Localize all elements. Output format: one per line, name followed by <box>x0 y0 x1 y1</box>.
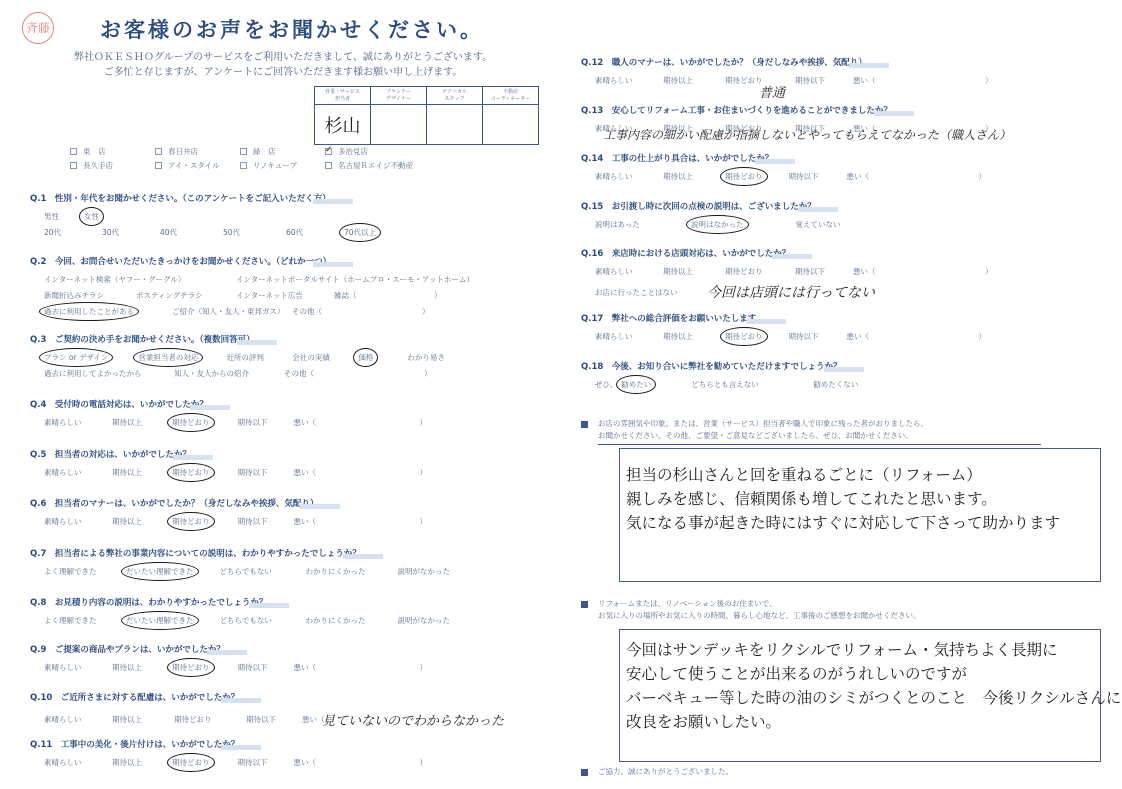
page-title: お客様のお声をお聞かせください。 <box>100 14 484 44</box>
option[interactable]: わかり易さ <box>407 352 445 363</box>
option-selected[interactable]: 期待どおり <box>172 757 210 768</box>
question-title: Q.9 ご提案の商品やプランは、いかがでしたか？ <box>30 643 247 655</box>
intro-line-2: ご多忙と存じますが、アンケートにご回答いただきます様お願い申し上げます。 <box>48 65 518 80</box>
option-row: 素晴らしい 期待以上 期待どおり 期待以下 悪い（ ） <box>595 266 993 277</box>
option[interactable]: 悪い（ <box>853 75 985 86</box>
option-row: 男性 女性 <box>44 211 376 222</box>
handwritten-line: バーベキュー等した時の油のシミがつくとのこと 今後リクシルさんにも <box>620 686 1100 710</box>
question-q11: Q.11 工事中の美化・後片付けは、いかがでしたか？ 素晴らしい 期待以上 期待… <box>30 732 427 768</box>
store-option[interactable]: リノキューブ <box>240 160 325 171</box>
option-row: 素晴らしい 期待以上 期待どおり 期待以下 悪い（ ） <box>44 662 427 673</box>
option[interactable]: 悪い（ <box>294 417 420 428</box>
question-q16: Q.16 来店時における店頭対応は、いかがでしたか？ 素晴らしい 期待以上 期待… <box>581 241 993 302</box>
store-option[interactable]: 名古屋Ｒエイジ不動産 <box>325 160 445 171</box>
handwritten-line: 気になる事が起きた時にはすぐに対応して下さって助かります <box>620 511 1100 535</box>
option[interactable]: 期待どおり <box>725 266 795 277</box>
question-title: Q.1 性別・年代をお聞かせください。（このアンケートをご記入いただく方） <box>30 192 353 204</box>
option-row: 過去に利用してよかったから 知人・友人からの紹介 その他（ ） <box>44 368 445 379</box>
option[interactable]: わかりにくかった <box>306 615 398 626</box>
question-title: Q.7 担当者による弊社の事業内容についての説明は、わかりやすかったでしょうか？ <box>30 547 383 559</box>
store-row-2: 長久手店 アイ・スタイル リノキューブ 名古屋Ｒエイジ不動産 <box>70 160 445 171</box>
checkbox-icon[interactable] <box>70 148 77 155</box>
option-row: 素晴らしい 期待以上 期待どおり 期待以下 悪い（ ） <box>44 417 427 428</box>
square-bullet-icon <box>581 421 588 428</box>
paren-close: ） <box>985 75 993 86</box>
survey-page-left: 斉藤 お客様のお声をお聞かせください。 弊社ＯＫＥＳＨＯグループのサービスをご利… <box>0 0 561 789</box>
question-q7: Q.7 担当者による弊社の事業内容についての説明は、わかりやすかったでしょうか？… <box>30 541 450 577</box>
intro-line-1: 弊社ＯＫＥＳＨＯグループのサービスをご利用いただきまして、誠にありがとうございま… <box>48 50 518 65</box>
question-q12: Q.12 職人のマナーは、いかがでしたか？（身だしなみや挨拶、気配り） 素晴らし… <box>581 50 993 86</box>
paren-close: ） <box>420 516 428 527</box>
question-q14: Q.14 工事の仕上がり具合は、いかがでしたか？ 素晴らしい 期待以上 期待どお… <box>581 146 986 182</box>
staff-value-technical[interactable] <box>427 105 483 145</box>
option[interactable]: 期待以下 <box>238 516 294 527</box>
option[interactable]: 知人・友人からの紹介 <box>174 368 284 379</box>
option-row: 新聞折込みチラシ ポスティングチラシ インターネット広告 雑誌（ ） <box>44 290 474 301</box>
option[interactable]: お店に行ったことはない <box>595 287 707 298</box>
option-row: 素晴らしい 期待以上 期待どおり 期待以下 悪い（ ） <box>44 516 427 527</box>
store-option[interactable]: 東 店 <box>70 146 155 157</box>
option[interactable]: 60代 <box>286 227 344 238</box>
option-row: 20代 30代 40代 50代 60代 70代以上 <box>44 227 376 238</box>
option-selected[interactable]: だいたい理解できた <box>126 566 194 577</box>
question-title: Q.14 工事の仕上がり具合は、いかがでしたか？ <box>581 152 795 164</box>
question-q9: Q.9 ご提案の商品やプランは、いかがでしたか？ 素晴らしい 期待以上 期待どお… <box>30 637 427 673</box>
option[interactable]: 素晴らしい <box>595 331 663 342</box>
question-q8: Q.8 お見積り内容の説明は、わかりやすかったでしょうか？ よく理解できた だい… <box>30 590 450 626</box>
handwritten-line: 担当の杉山さんと回を重ねるごとに（リフォーム） <box>620 463 1100 487</box>
option[interactable]: よく理解できた <box>44 566 126 577</box>
option[interactable]: わかりにくかった <box>306 566 398 577</box>
option[interactable]: 期待以上 <box>112 417 172 428</box>
option[interactable]: 50代 <box>223 227 286 238</box>
option-row: 素晴らしい 期待以上 期待どおり 期待以下 悪い（ 見ていないのでわからなかった <box>44 710 504 729</box>
option-row: 素晴らしい 期待以上 期待どおり 期待以下 悪い（ ） <box>595 75 993 86</box>
checkbox-icon[interactable] <box>240 162 247 169</box>
option-selected[interactable]: 営業担当者の対応 <box>138 352 198 363</box>
staff-header-realestate: 不動産 コーディネーター <box>483 87 539 105</box>
option[interactable]: 会社の実績 <box>292 352 358 363</box>
staff-value-sales[interactable]: 杉山 <box>315 105 371 145</box>
option[interactable]: 期待どおり <box>174 714 246 725</box>
option[interactable]: 素晴らしい <box>44 714 112 725</box>
question-q18: Q.18 今後、お知り合いに弊社を勧めていただけますでしょうか？ ぜひ、 勧めた… <box>581 354 864 390</box>
paren-close: ） <box>979 171 987 182</box>
checkbox-icon[interactable] <box>325 162 332 169</box>
question-title: Q.13 安心してリフォーム工事・お住まいづくりを進めることができましたか？ <box>581 104 914 116</box>
option[interactable]: 期待以上 <box>112 714 174 725</box>
option-row: 素晴らしい 期待以上 期待どおり 期待以下 悪い（ ） <box>595 331 986 342</box>
option[interactable]: 素晴らしい <box>44 467 112 478</box>
question-title: Q.12 職人のマナーは、いかがでしたか？（身だしなみや挨拶、気配り） <box>581 56 889 68</box>
handwritten-answer-q13: 工事内容の細かい配慮が指摘しないとやってもらえてなかった（職人さん） <box>603 126 1011 143</box>
intro-text: 弊社ＯＫＥＳＨＯグループのサービスをご利用いただきまして、誠にありがとうございま… <box>48 50 518 80</box>
option[interactable]: 説明はあった <box>595 219 691 230</box>
comments-box-2[interactable]: 今回はサンデッキをリクシルでリフォーム・気持ちよく長期に 安心して使うことが出来… <box>619 629 1101 762</box>
option[interactable]: 勧めたくない <box>813 379 858 390</box>
option[interactable]: 男性 <box>44 211 84 222</box>
question-title: Q.6 担当者のマナーは、いかがでしたか？（身だしなみや挨拶、気配り） <box>30 497 340 509</box>
option[interactable]: インターネット広告 <box>236 290 334 301</box>
option[interactable]: その他（ <box>284 368 424 379</box>
option[interactable]: どちらとも言えない <box>691 379 813 390</box>
option[interactable]: どちらでもない <box>220 566 306 577</box>
paren-close: ） <box>434 290 442 301</box>
option[interactable]: 期待以下 <box>238 467 294 478</box>
option[interactable]: 期待以下 <box>238 662 294 673</box>
checkbox-checked-icon[interactable] <box>325 148 332 155</box>
checkbox-icon[interactable] <box>70 162 77 169</box>
question-title: Q.5 担当者の対応は、いかがでしたか？ <box>30 448 213 460</box>
option-selected[interactable]: 期待どおり <box>725 331 763 342</box>
option[interactable]: 期待以下 <box>795 75 853 86</box>
option-row: インターネット検索（ヤフー・グーグル） インターネットポータルサイト（ホームプロ… <box>44 274 474 285</box>
paren-close: ） <box>420 757 428 768</box>
question-q15: Q.15 お引渡し時に次回の点検の説明は、ございましたか？ 説明はあった 説明は… <box>581 194 841 230</box>
option-selected[interactable]: だいたい理解できた <box>126 615 194 626</box>
footer-thanks: ご協力、誠にありがとうございました。 <box>581 766 733 778</box>
option[interactable]: 40代 <box>160 227 223 238</box>
option[interactable]: 素晴らしい <box>595 75 663 86</box>
store-option[interactable]: 長久手店 <box>70 160 155 171</box>
comments-box-1[interactable]: 担当の杉山さんと回を重ねるごとに（リフォーム） 親しみを感じ、信頼関係も増してこ… <box>619 448 1101 582</box>
option-selected[interactable]: 期待どおり <box>725 171 763 182</box>
option[interactable]: 期待以上 <box>112 516 172 527</box>
option-selected[interactable]: 過去に利用したことがある <box>44 306 134 317</box>
option-selected[interactable]: 女性 <box>84 211 99 222</box>
option[interactable]: 悪い（ <box>294 757 420 768</box>
store-option[interactable]: アイ・スタイル <box>155 160 240 171</box>
option-row: ぜひ、 勧めたい どちらとも言えない 勧めたくない <box>595 379 864 390</box>
question-title: Q.16 来店時における店頭対応は、いかがでしたか？ <box>581 247 812 259</box>
option[interactable]: 覚えていない <box>796 219 841 230</box>
option[interactable]: 期待以下 <box>789 171 847 182</box>
option-row: 素晴らしい 期待以上 期待どおり 期待以下 悪い（ ） <box>44 467 427 478</box>
option[interactable]: ポスティングチラシ <box>136 290 236 301</box>
option[interactable]: ご紹介（知人・友人・東邦ガス） <box>172 306 292 317</box>
option[interactable]: 素晴らしい <box>44 417 112 428</box>
handwritten-line: 親しみを感じ、信頼関係も増してこれたと思います。 <box>620 487 1100 511</box>
question-title: Q.8 お見積り内容の説明は、わかりやすかったでしょうか？ <box>30 596 289 608</box>
option-row: 素晴らしい 期待以上 期待どおり 期待以下 悪い（ ） <box>595 171 986 182</box>
option-selected[interactable]: 勧めたい <box>621 379 651 390</box>
store-option[interactable]: 多治見店 <box>325 146 445 157</box>
paren-close: ） <box>979 331 987 342</box>
option[interactable]: インターネット検索（ヤフー・グーグル） <box>44 274 236 285</box>
option[interactable]: 期待以上 <box>663 266 725 277</box>
option[interactable]: インターネットポータルサイト（ホームプロ・スーモ・アットホーム） <box>236 274 474 285</box>
option[interactable]: 悪い（ <box>302 714 318 725</box>
question-title: Q.10 ご近所さまに対する配慮は、いかがでしたか？ <box>30 691 261 703</box>
seal-stamp: 斉藤 <box>22 12 54 44</box>
option[interactable]: よく理解できた <box>44 615 126 626</box>
paren-close: ） <box>420 417 428 428</box>
option[interactable]: 期待以上 <box>663 75 725 86</box>
divider <box>598 444 1041 446</box>
option-row: 素晴らしい 期待以上 期待どおり 期待以下 悪い（ ） <box>44 757 427 768</box>
square-bullet-icon <box>581 601 588 608</box>
option[interactable]: 悪い（ <box>853 266 985 277</box>
option-row: プラン or デザイン 営業担当者の対応 近所の評判 会社の実績 価格 わかり易… <box>44 352 445 363</box>
store-row-1: 東 店 春日井店 緑 店 多治見店 <box>70 146 445 157</box>
staff-header-planner: プランナー デザイナー <box>371 87 427 105</box>
option[interactable]: その他（ <box>292 306 422 317</box>
option[interactable]: 新聞折込みチラシ <box>44 290 136 301</box>
option-row: 説明はあった 説明はなかった 覚えていない <box>595 219 841 230</box>
option[interactable]: 期待以上 <box>112 662 172 673</box>
option[interactable]: 悪い（ <box>847 171 979 182</box>
option[interactable]: どちらでもない <box>220 615 306 626</box>
option[interactable]: 期待以上 <box>112 757 172 768</box>
paren-close: ） <box>420 662 428 673</box>
staff-header-sales: 営業・サービス 担当者 <box>315 87 371 105</box>
paren-close: ） <box>424 368 432 379</box>
option-row: よく理解できた だいたい理解できた どちらでもない わかりにくかった 説明がなか… <box>44 566 450 577</box>
paren-close: ） <box>422 306 430 317</box>
option[interactable]: 素晴らしい <box>595 266 663 277</box>
option[interactable]: 過去に利用してよかったから <box>44 368 174 379</box>
option[interactable]: 近所の評判 <box>226 352 292 363</box>
option-selected[interactable]: 価格 <box>358 352 373 363</box>
option-selected[interactable]: 説明はなかった <box>691 219 744 230</box>
question-q4: Q.4 受付時の電話対応は、いかがでしたか？ 素晴らしい 期待以上 期待どおり … <box>30 392 427 428</box>
store-option[interactable]: 緑 店 <box>240 146 325 157</box>
option-row: よく理解できた だいたい理解できた どちらでもない わかりにくかった 説明がなか… <box>44 615 450 626</box>
store-option[interactable]: 春日井店 <box>155 146 240 157</box>
option[interactable]: 期待以下 <box>246 714 302 725</box>
option[interactable]: 素晴らしい <box>44 662 112 673</box>
option[interactable]: 期待以上 <box>663 331 725 342</box>
paren-close: ） <box>420 467 428 478</box>
comments-prompt-1: お店の雰囲気や印象。または、営業（サービス）担当者や職人で印象に残った者がおりま… <box>581 418 1041 442</box>
question-q6: Q.6 担当者のマナーは、いかがでしたか？（身だしなみや挨拶、気配り） 素晴らし… <box>30 491 427 527</box>
option[interactable]: 期待以下 <box>238 417 294 428</box>
survey-page-right: Q.12 職人のマナーは、いかがでしたか？（身だしなみや挨拶、気配り） 素晴らし… <box>561 0 1122 789</box>
comments-prompt-2: リフォームまたは、リノベーション後のお住まいで、 お気に入りの場所やお気に入りの… <box>581 598 1041 622</box>
question-title: Q.17 弊社への総合評価をお願いいたします。 <box>581 312 786 324</box>
option[interactable]: 素晴らしい <box>595 171 663 182</box>
staff-value-planner[interactable] <box>371 105 427 145</box>
question-title: Q.4 受付時の電話対応は、いかがでしたか？ <box>30 398 230 410</box>
option-selected[interactable]: 期待どおり <box>172 662 210 673</box>
checkbox-icon[interactable] <box>155 162 162 169</box>
question-title: Q.2 今回、お問合せいただいたきっかけをお聞かせください。（どれか一つ） <box>30 255 353 267</box>
question-q5: Q.5 担当者の対応は、いかがでしたか？ 素晴らしい 期待以上 期待どおり 期待… <box>30 442 427 478</box>
option[interactable]: 期待以下 <box>238 757 294 768</box>
option[interactable]: 悪い（ <box>847 331 979 342</box>
checkbox-icon[interactable] <box>240 148 247 155</box>
question-title: Q.18 今後、お知り合いに弊社を勧めていただけますでしょうか？ <box>581 360 864 372</box>
option[interactable]: 30代 <box>102 227 160 238</box>
question-title: Q.15 お引渡し時に次回の点検の説明は、ございましたか？ <box>581 200 838 212</box>
option[interactable]: 期待以下 <box>789 331 847 342</box>
option[interactable]: 雑誌（ <box>334 290 434 301</box>
option[interactable]: 悪い（ <box>294 467 420 478</box>
handwritten-answer: 今回は店頭には行ってない <box>707 282 875 302</box>
question-title: Q.3 ご契約の決め手をお聞かせください。（複数回答可） <box>30 333 277 345</box>
question-q3: Q.3 ご契約の決め手をお聞かせください。（複数回答可） プラン or デザイン… <box>30 327 445 379</box>
option[interactable]: 期待以下 <box>795 266 853 277</box>
option-selected[interactable]: 期待どおり <box>172 417 210 428</box>
handwritten-line: 改良をお願いしたい。 <box>620 710 1100 734</box>
option[interactable]: 説明がなかった <box>398 566 451 577</box>
staff-value-realestate[interactable] <box>483 105 539 145</box>
question-q2: Q.2 今回、お問合せいただいたきっかけをお聞かせください。（どれか一つ） イン… <box>30 249 474 317</box>
option-row: 過去に利用したことがある ご紹介（知人・友人・東邦ガス） その他（ ） <box>44 306 474 317</box>
staff-header-technical: テクニカル スタッフ <box>427 87 483 105</box>
staff-table: 営業・サービス 担当者 プランナー デザイナー テクニカル スタッフ 不動産 コ… <box>314 86 539 145</box>
option[interactable]: 期待以上 <box>663 171 725 182</box>
option[interactable]: 悪い（ <box>294 662 420 673</box>
option[interactable]: 素晴らしい <box>44 757 112 768</box>
option-row: お店に行ったことはない 今回は店頭には行ってない <box>595 282 993 302</box>
handwritten-line: 安心して使うことが出来るのがうれしいのですが <box>620 662 1100 686</box>
option[interactable]: 素晴らしい <box>44 516 112 527</box>
option[interactable]: 説明がなかった <box>398 615 451 626</box>
question-q17: Q.17 弊社への総合評価をお願いいたします。 素晴らしい 期待以上 期待どおり… <box>581 306 986 342</box>
handwritten-answer: 見ていないのでわからなかった <box>322 710 504 729</box>
option-selected[interactable]: 期待どおり <box>172 516 210 527</box>
paren-close: ） <box>985 266 993 277</box>
checkbox-icon[interactable] <box>155 148 162 155</box>
option-selected[interactable]: 70代以上 <box>344 227 376 238</box>
option-selected[interactable]: プラン or デザイン <box>44 352 108 363</box>
option-selected[interactable]: 期待どおり <box>172 467 210 478</box>
option[interactable]: 悪い（ <box>294 516 420 527</box>
option[interactable]: 期待以上 <box>112 467 172 478</box>
option[interactable]: 20代 <box>44 227 102 238</box>
handwritten-line: 今回はサンデッキをリクシルでリフォーム・気持ちよく長期に <box>620 638 1100 662</box>
option-prefix: ぜひ、 <box>595 379 617 390</box>
question-title: Q.11 工事中の美化・後片付けは、いかがでしたか？ <box>30 738 261 750</box>
square-bullet-icon <box>581 769 588 776</box>
question-q1: Q.1 性別・年代をお聞かせください。（このアンケートをご記入いただく方） 男性… <box>30 186 376 238</box>
question-q10: Q.10 ご近所さまに対する配慮は、いかがでしたか？ 素晴らしい 期待以上 期待… <box>30 685 504 729</box>
store-checklist: 東 店 春日井店 緑 店 多治見店 長久手店 アイ・スタイル リノキューブ 名古… <box>70 146 445 174</box>
